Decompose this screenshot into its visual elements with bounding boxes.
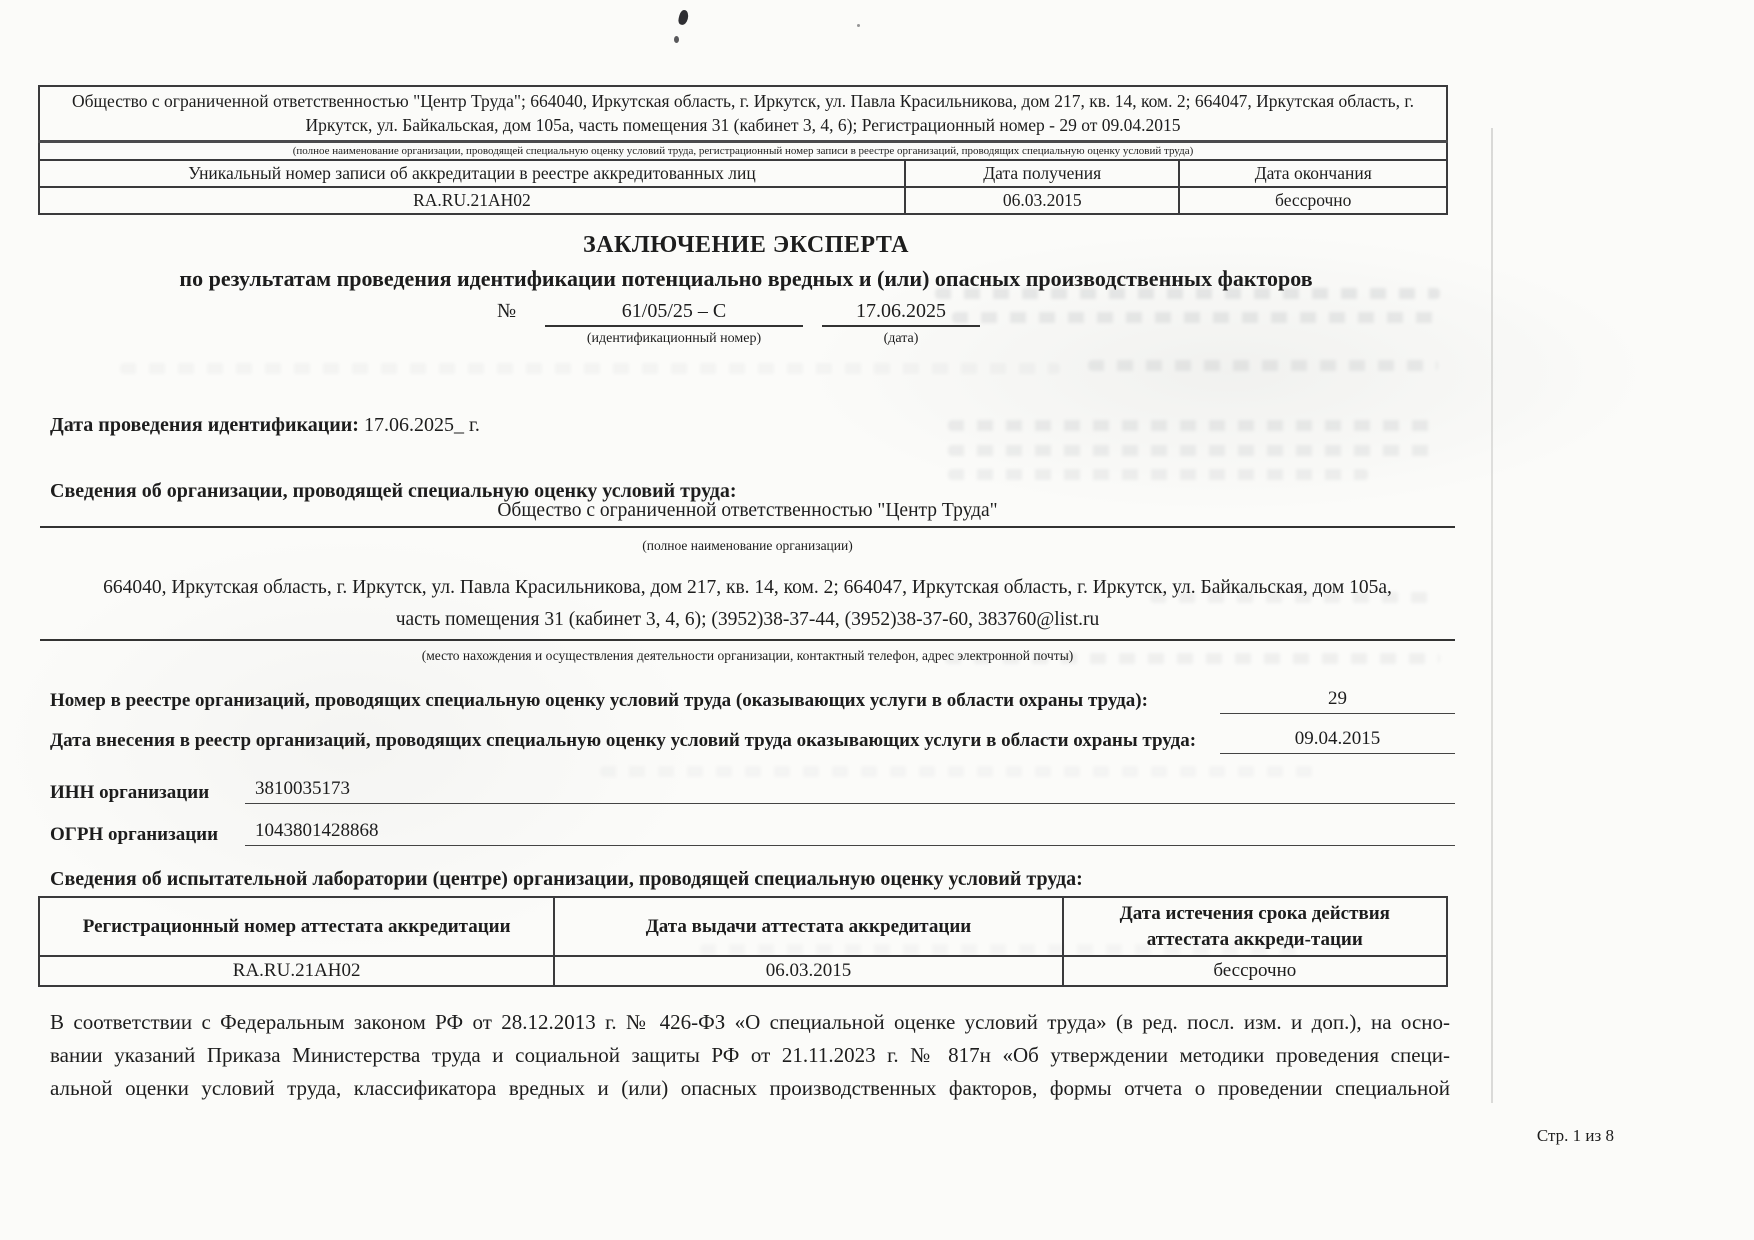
ogrn-value: 1043801428868	[245, 820, 1455, 846]
paragraph-line: вании указаний Приказа Министерства труд…	[50, 1039, 1450, 1072]
registry-date-row: Дата внесения в реестр организаций, пров…	[50, 730, 1455, 752]
lab-accreditation-table: Регистрационный номер аттестата аккредит…	[38, 896, 1448, 987]
registry-number-row: Номер в реестре организаций, проводящих …	[50, 690, 1455, 712]
registry-number-value: 29	[1220, 688, 1455, 714]
org-address-field: 664040, Иркутская область, г. Иркутск, у…	[40, 572, 1455, 641]
identification-date-row: Дата проведения идентификации: 17.06.202…	[50, 414, 480, 437]
document-subtitle: по результатам проведения идентификации …	[0, 266, 1492, 292]
ogrn-label: ОГРН организации	[50, 824, 245, 846]
accreditation-table: Общество с ограниченной ответственностью…	[38, 85, 1448, 215]
lab-column-header-reg-number: Регистрационный номер аттестата аккредит…	[39, 897, 554, 956]
org-name-field: Общество с ограниченной ответственностью…	[40, 500, 1455, 528]
lab-column-header-expiry-date: Дата истечения срока действия аттестата …	[1063, 897, 1447, 956]
org-full-name-note: (полное наименование организации, провод…	[39, 142, 1447, 161]
org-address-caption: (место нахождения и осуществления деятел…	[40, 648, 1455, 664]
scan-ink-speck	[857, 24, 860, 27]
accreditation-date-expiry: бессрочно	[1179, 187, 1447, 214]
inn-label: ИНН организации	[50, 782, 245, 804]
accreditation-record-number: RA.RU.21АН02	[39, 187, 905, 214]
document-title: ЗАКЛЮЧЕНИЕ ЭКСПЕРТА	[0, 232, 1492, 259]
column-header-date-expiry: Дата окончания	[1179, 160, 1447, 187]
registry-date-value: 09.04.2015	[1220, 728, 1455, 754]
scan-bleedthrough	[948, 445, 1438, 456]
lab-section-heading: Сведения об испытательной лаборатории (ц…	[50, 868, 1083, 891]
identification-date-value: 17.06.2025_ г.	[364, 414, 480, 436]
identification-date-label: Дата проведения идентификации:	[50, 414, 359, 436]
legal-basis-paragraph: В соответствии с Федеральным законом РФ …	[50, 1006, 1450, 1105]
page-number: Стр. 1 из 8	[1537, 1126, 1614, 1146]
identification-number-caption: (идентификационный номер)	[545, 331, 803, 347]
accreditation-date-received: 06.03.2015	[905, 187, 1180, 214]
scan-bleedthrough	[1088, 360, 1438, 371]
lab-expiry-date-value: бессрочно	[1063, 956, 1447, 986]
identification-number-value: 61/05/25 – С	[545, 300, 803, 327]
inn-row: ИНН организации 3810035173	[50, 778, 1455, 804]
org-name-caption: (полное наименование организации)	[40, 538, 1455, 554]
document-date-caption: (дата)	[822, 331, 980, 347]
lab-reg-number-value: RA.RU.21АН02	[39, 956, 554, 986]
scan-bleedthrough	[948, 469, 1368, 480]
org-full-name-line: Общество с ограниченной ответственностью…	[39, 86, 1447, 142]
registry-date-label: Дата внесения в реестр организаций, пров…	[50, 730, 1196, 751]
lab-issue-date-value: 06.03.2015	[554, 956, 1062, 986]
inn-value: 3810035173	[245, 778, 1455, 804]
ogrn-row: ОГРН организации 1043801428868	[50, 820, 1455, 846]
paragraph-line: В соответствии с Федеральным законом РФ …	[50, 1006, 1450, 1039]
scan-ink-speck	[677, 9, 689, 26]
org-address-line1: 664040, Иркутская область, г. Иркутск, у…	[40, 572, 1455, 604]
lab-column-header-issue-date: Дата выдачи аттестата аккредитации	[554, 897, 1062, 956]
org-address-line2: часть помещения 31 (кабинет 3, 4, 6); (3…	[40, 604, 1455, 636]
scan-bleedthrough	[948, 420, 1438, 431]
document-page: Общество с ограниченной ответственностью…	[0, 0, 1754, 1240]
registry-number-label: Номер в реестре организаций, проводящих …	[50, 690, 1148, 711]
column-header-date-received: Дата получения	[905, 160, 1180, 187]
number-sign: №	[497, 300, 516, 323]
scan-bleedthrough	[600, 766, 1320, 777]
scan-ink-speck	[674, 36, 679, 43]
scan-bleedthrough	[952, 312, 1440, 323]
document-date-value: 17.06.2025	[822, 300, 980, 327]
column-header-accreditation-record: Уникальный номер записи об аккредитации …	[39, 160, 905, 187]
paragraph-line: альной оценки условий труда, классификат…	[50, 1072, 1450, 1105]
scan-bleedthrough	[120, 363, 1060, 374]
